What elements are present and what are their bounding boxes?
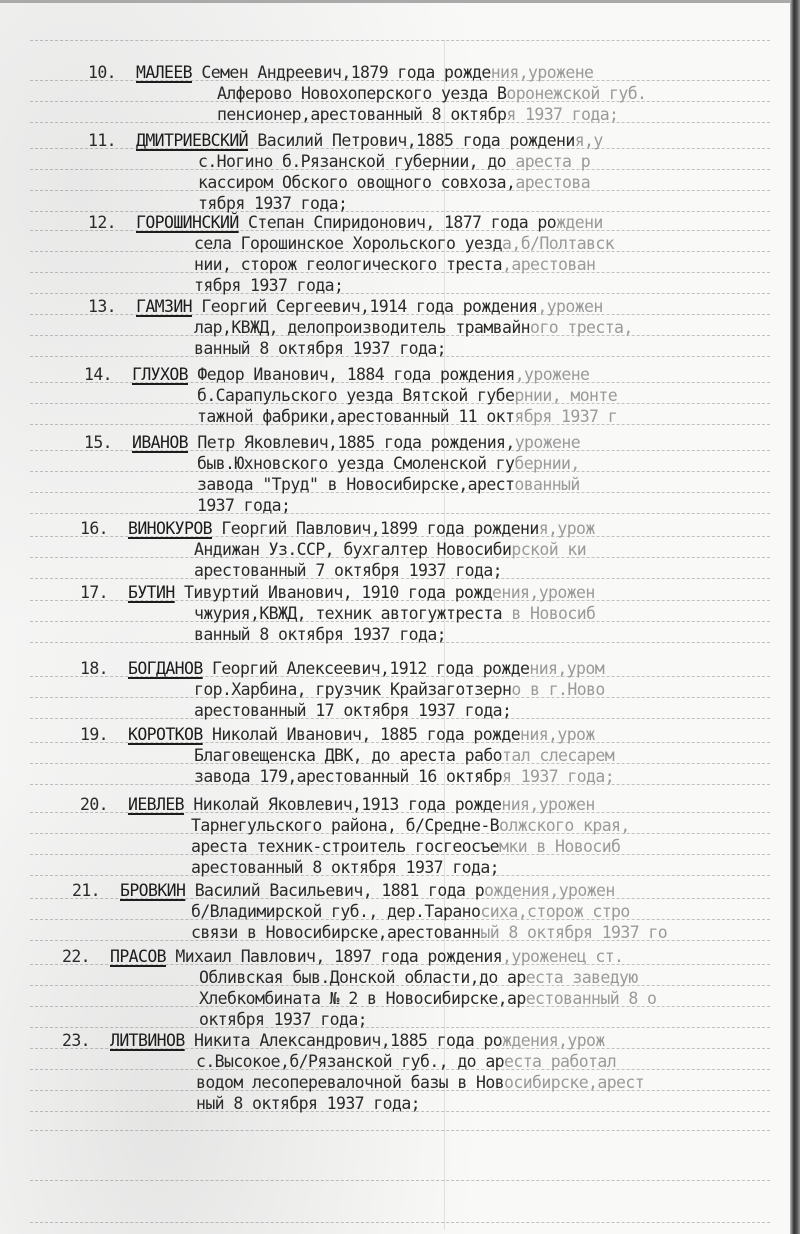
faded-text: а,б/Полтавск bbox=[502, 234, 614, 253]
entry-first-line: 15.ИВАНОВ Петр Яковлевич,1885 года рожде… bbox=[0, 432, 800, 453]
entry-first-line: 19.КОРОТКОВ Николай Иванович, 1885 года … bbox=[0, 724, 800, 745]
entry-first-line: 21.БРОВКИН Василий Васильевич, 1881 года… bbox=[0, 880, 800, 901]
entry-text: кассиром Обского овощного совхоза,аресто… bbox=[198, 173, 590, 192]
faded-text: мки в Новосиб bbox=[499, 837, 620, 856]
faded-text: сиха,сторож стро bbox=[480, 902, 629, 921]
faded-text: еста заведую bbox=[526, 968, 638, 987]
entry-text: Василий Петрович,1885 года рождения,у bbox=[257, 131, 602, 150]
entry-surname: ГЛУХОВ bbox=[132, 365, 188, 384]
entry-text: чжурия,КВЖД, техник автогужтреста в Ново… bbox=[194, 604, 595, 623]
list-entry: 10.МАЛЕЕВ Семен Андреевич,1879 года рожд… bbox=[0, 62, 800, 125]
list-entry: 12.ГОРОШИНСКИЙ Степан Спиридонович, 1877… bbox=[0, 212, 800, 296]
entry-first-line: 22.ПРАСОВ Михаил Павлович, 1897 года рож… bbox=[0, 946, 800, 967]
entry-number: 15. bbox=[84, 432, 132, 453]
entry-continuation-line: ванный 8 октября 1937 года; bbox=[0, 338, 800, 359]
faded-text: ния,урожене bbox=[491, 63, 594, 82]
faded-text: осибирске,арест bbox=[504, 1073, 644, 1092]
entry-continuation-line: Хлебкомбината № 2 в Новосибирске,арестов… bbox=[0, 988, 800, 1009]
entry-continuation-line: с.Ногино б.Рязанской губернии, до ареста… bbox=[0, 151, 800, 172]
entry-first-line: 12.ГОРОШИНСКИЙ Степан Спиридонович, 1877… bbox=[0, 212, 800, 233]
list-entry: 19.КОРОТКОВ Николай Иванович, 1885 года … bbox=[0, 724, 800, 787]
entry-text: Семен Андреевич,1879 года рождения,уроже… bbox=[201, 63, 593, 82]
list-entry: 23.ЛИТВИНОВ Никита Александрович,1885 го… bbox=[0, 1030, 800, 1114]
entry-number: 16. bbox=[80, 518, 128, 539]
ruled-line bbox=[30, 1130, 770, 1131]
faded-text: ждени bbox=[556, 213, 603, 232]
list-entry: 13.ГАМЗИН Георгий Сергеевич,1914 года ро… bbox=[0, 296, 800, 359]
entry-text: Андижан Уз.ССР, бухгалтер Новосибирской … bbox=[194, 540, 586, 559]
faded-text: еста работал bbox=[504, 1052, 616, 1071]
entry-continuation-line: Андижан Уз.ССР, бухгалтер Новосибирской … bbox=[0, 539, 800, 560]
entry-text: тября 1937 года; bbox=[198, 194, 347, 213]
entry-continuation-line: с.Высокое,б/Рязанской губ., до ареста ра… bbox=[0, 1051, 800, 1072]
faded-text: ый 8 октября 1937 го bbox=[480, 923, 667, 942]
entry-continuation-line: завода 179,арестованный 16 октября 1937 … bbox=[0, 766, 800, 787]
entry-surname: БРОВКИН bbox=[120, 881, 185, 900]
entry-first-line: 10.МАЛЕЕВ Семен Андреевич,1879 года рожд… bbox=[0, 62, 800, 83]
entry-text: Георгий Павлович,1899 года рождения,урож bbox=[221, 519, 594, 538]
entry-surname: ВИНОКУРОВ bbox=[128, 519, 212, 538]
entry-number: 22. bbox=[62, 946, 110, 967]
faded-text: ября 1937 г bbox=[514, 407, 617, 426]
entry-surname: ИВАНОВ bbox=[132, 433, 188, 452]
entry-continuation-line: арестованный 7 октября 1937 года; bbox=[0, 560, 800, 581]
list-entry: 18.БОГДАНОВ Георгий Алексеевич,1912 года… bbox=[0, 658, 800, 721]
entry-continuation-line: ный 8 октября 1937 года; bbox=[0, 1093, 800, 1114]
entry-text: Тарнегульского района, б/Средне-Волжског… bbox=[191, 816, 630, 835]
entry-continuation-line: арестованный 17 октября 1937 года; bbox=[0, 700, 800, 721]
entry-text: Николай Яковлевич,1913 года рождения,уро… bbox=[193, 795, 594, 814]
entry-text: тажной фабрики,арестованный 11 октября 1… bbox=[197, 407, 617, 426]
list-entry: 22.ПРАСОВ Михаил Павлович, 1897 года рож… bbox=[0, 946, 800, 1030]
faded-text: ого треста, bbox=[530, 318, 633, 337]
list-entry: 16.ВИНОКУРОВ Георгий Павлович,1899 года … bbox=[0, 518, 800, 581]
entry-text: Николай Иванович, 1885 года рождения,уро… bbox=[212, 725, 595, 744]
entry-surname: БУТИН bbox=[128, 583, 175, 602]
entry-text: арестованный 17 октября 1937 года; bbox=[194, 701, 511, 720]
entry-text: арестованный 7 октября 1937 года; bbox=[194, 561, 502, 580]
entry-surname: БОГДАНОВ bbox=[128, 659, 203, 678]
entry-text: Федор Иванович, 1884 года рождения,уроже… bbox=[197, 365, 589, 384]
entry-text: ареста техник-строитель госгеосъемки в Н… bbox=[191, 837, 620, 856]
entry-text: быв.Юхновского уезда Смоленской губернии… bbox=[197, 454, 580, 473]
entry-first-line: 18.БОГДАНОВ Георгий Алексеевич,1912 года… bbox=[0, 658, 800, 679]
entry-number: 23. bbox=[62, 1030, 110, 1051]
entry-continuation-line: б/Владимирской губ., дер.Тараносиха,стор… bbox=[0, 901, 800, 922]
entry-text: гор.Харбина, грузчик Крайзаготзерно в г.… bbox=[194, 680, 605, 699]
entry-continuation-line: ванный 8 октября 1937 года; bbox=[0, 624, 800, 645]
entry-text: Василий Васильевич, 1881 года рождения,у… bbox=[195, 881, 615, 900]
entry-continuation-line: пенсионер,арестованный 8 октября 1937 го… bbox=[0, 104, 800, 125]
entry-first-line: 14.ГЛУХОВ Федор Иванович, 1884 года рожд… bbox=[0, 364, 800, 385]
entry-text: села Горошинское Хорольского уезда,б/Пол… bbox=[194, 234, 614, 253]
faded-text: естованный 8 о bbox=[526, 989, 657, 1008]
entry-number: 18. bbox=[80, 658, 128, 679]
entry-text: Обливская быв.Донской области,до ареста … bbox=[199, 968, 638, 987]
faded-text: олжского края, bbox=[499, 816, 630, 835]
entry-text: тября 1937 года; bbox=[194, 276, 343, 295]
entry-continuation-line: б.Сарапульского уезда Вятской губернии, … bbox=[0, 385, 800, 406]
entry-continuation-line: Алферово Новохоперского уезда Воронежско… bbox=[0, 83, 800, 104]
faded-text: я 1937 года; bbox=[506, 105, 618, 124]
page-top-edge bbox=[0, 0, 800, 3]
entry-text: завода "Труд" в Новосибирске,арестованны… bbox=[197, 475, 580, 494]
entry-text: лар,КВЖД, делопроизводитель трамвайного … bbox=[194, 318, 633, 337]
entry-number: 14. bbox=[84, 364, 132, 385]
faded-text: оронежской губ. bbox=[506, 84, 646, 103]
faded-text: бернии, bbox=[514, 454, 579, 473]
ruled-line bbox=[30, 40, 770, 41]
entry-text: ванный 8 октября 1937 года; bbox=[194, 339, 446, 358]
list-entry: 15.ИВАНОВ Петр Яковлевич,1885 года рожде… bbox=[0, 432, 800, 516]
entry-text: октября 1937 года; bbox=[199, 1010, 367, 1029]
entry-continuation-line: ареста техник-строитель госгеосъемки в Н… bbox=[0, 836, 800, 857]
entry-number: 20. bbox=[80, 794, 128, 815]
faded-text: урожене bbox=[515, 433, 580, 452]
entry-surname: МАЛЕЕВ bbox=[136, 63, 192, 82]
faded-text: ,арестован bbox=[502, 255, 595, 274]
entry-surname: ГОРОШИНСКИЙ bbox=[136, 213, 239, 232]
faded-text: ,уроженец ст. bbox=[502, 947, 623, 966]
entry-number: 19. bbox=[80, 724, 128, 745]
faded-text: арестова bbox=[515, 173, 590, 192]
entry-continuation-line: водом лесоперевалочной базы в Новосибирс… bbox=[0, 1072, 800, 1093]
list-entry: 21.БРОВКИН Василий Васильевич, 1881 года… bbox=[0, 880, 800, 943]
entry-number: 17. bbox=[80, 582, 128, 603]
entry-continuation-line: 1937 года; bbox=[0, 495, 800, 516]
entry-text: Георгий Алексеевич,1912 года рождения,ур… bbox=[212, 659, 604, 678]
list-entry: 14.ГЛУХОВ Федор Иванович, 1884 года рожд… bbox=[0, 364, 800, 427]
entry-text: Благовещенска ДВК, до ареста работал сле… bbox=[194, 746, 614, 765]
entry-first-line: 13.ГАМЗИН Георгий Сергеевич,1914 года ро… bbox=[0, 296, 800, 317]
entry-text: пенсионер,арестованный 8 октября 1937 го… bbox=[217, 105, 618, 124]
entry-continuation-line: лар,КВЖД, делопроизводитель трамвайного … bbox=[0, 317, 800, 338]
faded-text: ареста р bbox=[515, 152, 590, 171]
entry-surname: ГАМЗИН bbox=[136, 297, 192, 316]
entry-text: Алферово Новохоперского уезда Воронежско… bbox=[217, 84, 646, 103]
entry-first-line: 20.ИЕВЛЕВ Николай Яковлевич,1913 года ро… bbox=[0, 794, 800, 815]
entry-surname: ПРАСОВ bbox=[110, 947, 166, 966]
entry-text: арестованный 8 октября 1937 года; bbox=[191, 858, 499, 877]
list-entry: 20.ИЕВЛЕВ Николай Яковлевич,1913 года ро… bbox=[0, 794, 800, 878]
entry-surname: ИЕВЛЕВ bbox=[128, 795, 184, 814]
entry-continuation-line: тажной фабрики,арестованный 11 октября 1… bbox=[0, 406, 800, 427]
entry-number: 21. bbox=[72, 880, 120, 901]
entry-continuation-line: быв.Юхновского уезда Смоленской губернии… bbox=[0, 453, 800, 474]
entry-text: Степан Спиридонович, 1877 года рождени bbox=[248, 213, 603, 232]
entry-text: б.Сарапульского уезда Вятской губернии, … bbox=[197, 386, 617, 405]
faded-text: рнии, монте bbox=[514, 386, 617, 405]
entry-continuation-line: тября 1937 года; bbox=[0, 275, 800, 296]
entry-text: связи в Новосибирске,арестованный 8 октя… bbox=[191, 923, 667, 942]
ruled-line bbox=[30, 1180, 770, 1181]
list-entry: 11.ДМИТРИЕВСКИЙ Василий Петрович,1885 го… bbox=[0, 130, 800, 214]
entry-continuation-line: Благовещенска ДВК, до ареста работал сле… bbox=[0, 745, 800, 766]
entry-surname: КОРОТКОВ bbox=[128, 725, 203, 744]
entry-text: нии, сторож геологического треста,аресто… bbox=[194, 255, 595, 274]
entry-text: Хлебкомбината № 2 в Новосибирске,арестов… bbox=[199, 989, 656, 1008]
entry-surname: ЛИТВИНОВ bbox=[110, 1031, 185, 1050]
entry-number: 12. bbox=[88, 212, 136, 233]
entry-text: с.Высокое,б/Рязанской губ., до ареста ра… bbox=[196, 1052, 616, 1071]
entry-text: завода 179,арестованный 16 октября 1937 … bbox=[194, 767, 614, 786]
entry-continuation-line: завода "Труд" в Новосибирске,арестованны… bbox=[0, 474, 800, 495]
entry-continuation-line: Обливская быв.Донской области,до ареста … bbox=[0, 967, 800, 988]
entry-text: Георгий Сергеевич,1914 года рождения,уро… bbox=[201, 297, 602, 316]
entry-continuation-line: связи в Новосибирске,арестованный 8 октя… bbox=[0, 922, 800, 943]
faded-text: тал слесарем bbox=[502, 746, 614, 765]
entry-continuation-line: села Горошинское Хорольского уезда,б/Пол… bbox=[0, 233, 800, 254]
entry-surname: ДМИТРИЕВСКИЙ bbox=[136, 131, 248, 150]
faded-text: ованный bbox=[514, 475, 579, 494]
faded-text: ения,урожен bbox=[492, 583, 595, 602]
entry-continuation-line: кассиром Обского овощного совхоза,аресто… bbox=[0, 172, 800, 193]
entry-continuation-line: чжурия,КВЖД, техник автогужтреста в Ново… bbox=[0, 603, 800, 624]
entry-text: 1937 года; bbox=[197, 496, 290, 515]
entry-first-line: 16.ВИНОКУРОВ Георгий Павлович,1899 года … bbox=[0, 518, 800, 539]
entry-first-line: 23.ЛИТВИНОВ Никита Александрович,1885 го… bbox=[0, 1030, 800, 1051]
faded-text: о в г.Ново bbox=[511, 680, 604, 699]
entry-text: Тивуртий Иванович, 1910 года рождения,ур… bbox=[184, 583, 595, 602]
entry-continuation-line: октября 1937 года; bbox=[0, 1009, 800, 1030]
faded-text: ния,уром bbox=[529, 659, 604, 678]
entry-text: Петр Яковлевич,1885 года рождения,урожен… bbox=[197, 433, 580, 452]
entry-continuation-line: тября 1937 года; bbox=[0, 193, 800, 214]
faded-text: ния,урожен bbox=[501, 795, 594, 814]
entry-text: водом лесоперевалочной базы в Новосибирс… bbox=[196, 1073, 644, 1092]
entry-continuation-line: нии, сторож геологического треста,аресто… bbox=[0, 254, 800, 275]
entry-continuation-line: Тарнегульского района, б/Средне-Волжског… bbox=[0, 815, 800, 836]
faded-text: я,урож bbox=[539, 519, 595, 538]
entry-text: ванный 8 октября 1937 года; bbox=[194, 625, 446, 644]
entry-first-line: 11.ДМИТРИЕВСКИЙ Василий Петрович,1885 го… bbox=[0, 130, 800, 151]
faded-text: ждения,урож bbox=[502, 1031, 605, 1050]
faded-text: я 1937 года; bbox=[502, 767, 614, 786]
ruled-line bbox=[30, 1222, 770, 1223]
entry-number: 11. bbox=[88, 130, 136, 151]
entry-continuation-line: гор.Харбина, грузчик Крайзаготзерно в г.… bbox=[0, 679, 800, 700]
list-entry: 17.БУТИН Тивуртий Иванович, 1910 года ро… bbox=[0, 582, 800, 645]
faded-text: ,урожене bbox=[515, 365, 590, 384]
faded-text: ,урожен bbox=[537, 297, 602, 316]
faded-text: я,у bbox=[575, 131, 603, 150]
entry-continuation-line: арестованный 8 октября 1937 года; bbox=[0, 857, 800, 878]
faded-text: в Новосиб bbox=[502, 604, 595, 623]
faded-text: ния,урож bbox=[520, 725, 595, 744]
entry-first-line: 17.БУТИН Тивуртий Иванович, 1910 года ро… bbox=[0, 582, 800, 603]
entry-text: Никита Александрович,1885 года рождения,… bbox=[194, 1031, 605, 1050]
entry-number: 13. bbox=[88, 296, 136, 317]
faded-text: ождения,урожен bbox=[484, 881, 615, 900]
entry-text: Михаил Павлович, 1897 года рождения,урож… bbox=[175, 947, 623, 966]
scanned-document-page: 10.МАЛЕЕВ Семен Андреевич,1879 года рожд… bbox=[0, 0, 800, 1234]
entry-text: б/Владимирской губ., дер.Тараносиха,стор… bbox=[191, 902, 630, 921]
entry-text: ный 8 октября 1937 года; bbox=[196, 1094, 420, 1113]
entry-text: с.Ногино б.Рязанской губернии, до ареста… bbox=[198, 152, 590, 171]
faded-text: рской ки bbox=[511, 540, 586, 559]
entry-number: 10. bbox=[88, 62, 136, 83]
